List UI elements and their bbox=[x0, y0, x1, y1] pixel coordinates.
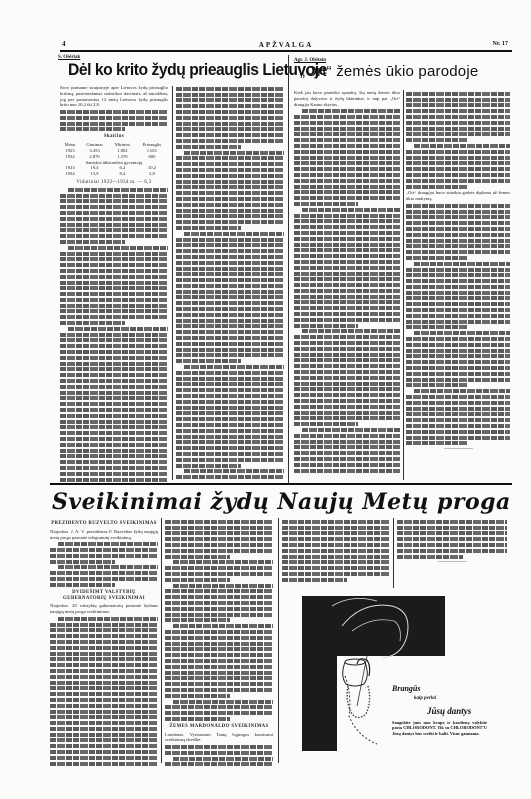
section-divider bbox=[50, 483, 512, 485]
stats-table: Metai Gimimai Mirimai Prieauglis 1923 3.… bbox=[60, 142, 168, 177]
ornament-rule: ——————— bbox=[406, 447, 510, 453]
article1-column-1: Savo pirmame straipsnyje apie Lietuvos ž… bbox=[60, 85, 168, 485]
ad-headline: Jūsų dantys bbox=[427, 706, 471, 716]
stats-summary: Vidutiniai 1923—1934 m. — 6,2 bbox=[60, 180, 168, 186]
ad-title: Brangūs bbox=[392, 684, 420, 693]
greetings-banner: Sveikinimai žydų Naujų Metų proga bbox=[52, 489, 492, 515]
ad-illustration-background bbox=[302, 656, 337, 751]
ornament-rule: ——————— bbox=[397, 560, 507, 566]
column-divider bbox=[393, 518, 394, 588]
issue-number: Nr. 17 bbox=[493, 41, 508, 47]
greetings-column-4: ——————— bbox=[397, 518, 507, 588]
column-divider bbox=[403, 90, 404, 480]
page-header: 4 APŽVALGA Nr. 17 bbox=[60, 40, 512, 54]
article2-column-1: Kiek jau buvo pranešta spaudoj, šių metų… bbox=[294, 90, 400, 480]
column-divider bbox=[278, 518, 279, 763]
greetings-column-3 bbox=[282, 518, 390, 588]
column-divider bbox=[288, 55, 289, 483]
section3-title: ŽEMES MARDONALDO SVEIKINIMAS bbox=[165, 724, 273, 730]
masthead: APŽVALGA bbox=[60, 41, 512, 49]
stats-cell: 2,8 bbox=[136, 171, 168, 177]
section3-intro: Londonas. Vyriausiam Tautų Sąjungos komi… bbox=[165, 732, 273, 744]
header-rule bbox=[60, 50, 512, 52]
article2-column-2: „Ort“ draugijai buvo suteikta garbės dip… bbox=[406, 90, 510, 480]
article2-intro: Kiek jau buvo pranešta spaudoj, šių metų… bbox=[294, 90, 400, 107]
article1-intro: Savo pirmame straipsnyje apie Lietuvos ž… bbox=[60, 85, 168, 108]
chlorodont-advertisement: Brangūs kaip perlai Jūsų dantys Saugokit… bbox=[302, 596, 507, 756]
stats-cell: 1934 bbox=[60, 171, 80, 177]
article2-col3-intro: „Ort“ draugijai buvo suteikta garbės dip… bbox=[406, 190, 510, 202]
article1-headline: Dėl ko krito žydų prieauglis Lietuvoje bbox=[68, 60, 252, 80]
stats-cell: 13,9 bbox=[80, 171, 109, 177]
column-divider bbox=[161, 518, 162, 763]
section1-intro: Niujorkas. J. A. V. prezidentas F. Ruzve… bbox=[50, 529, 158, 541]
stats-heading: Skaičius bbox=[60, 134, 168, 140]
greetings-column-1: PREZIDENTO RUZVELTO SVEIKINIMAS Niujorka… bbox=[50, 518, 158, 768]
stats-cell: 8,4 bbox=[109, 171, 136, 177]
vase-pearls-icon bbox=[340, 656, 380, 726]
section1-title: PREZIDENTO RUZVELTO SVEIKINIMAS bbox=[50, 521, 158, 527]
article2-headline: „Ort“ žemės ūkio parodoje bbox=[300, 63, 510, 80]
greetings-column-2: ŽEMES MARDONALDO SVEIKINIMAS Londonas. V… bbox=[165, 518, 273, 768]
article1-column-2: (B. d.) bbox=[176, 85, 284, 480]
newspaper-page: 4 APŽVALGA Nr. 17 S. Ošėriak Dėl ko krit… bbox=[0, 0, 531, 799]
column-divider bbox=[172, 86, 173, 480]
table-row: 1934 13,9 8,4 2,8 bbox=[60, 171, 168, 177]
section2-intro: Niujorkas. 20 valstybių gubernatorių pas… bbox=[50, 603, 158, 615]
section2-title: DVIDEŠIMT VALSTYBIŲ GUBERNATORIŲ SVEIKIN… bbox=[50, 590, 158, 602]
ad-subtitle: kaip perlai bbox=[414, 696, 436, 701]
ad-body-text: Saugokite juos nuo kvapo ir kasdieną val… bbox=[392, 720, 487, 736]
